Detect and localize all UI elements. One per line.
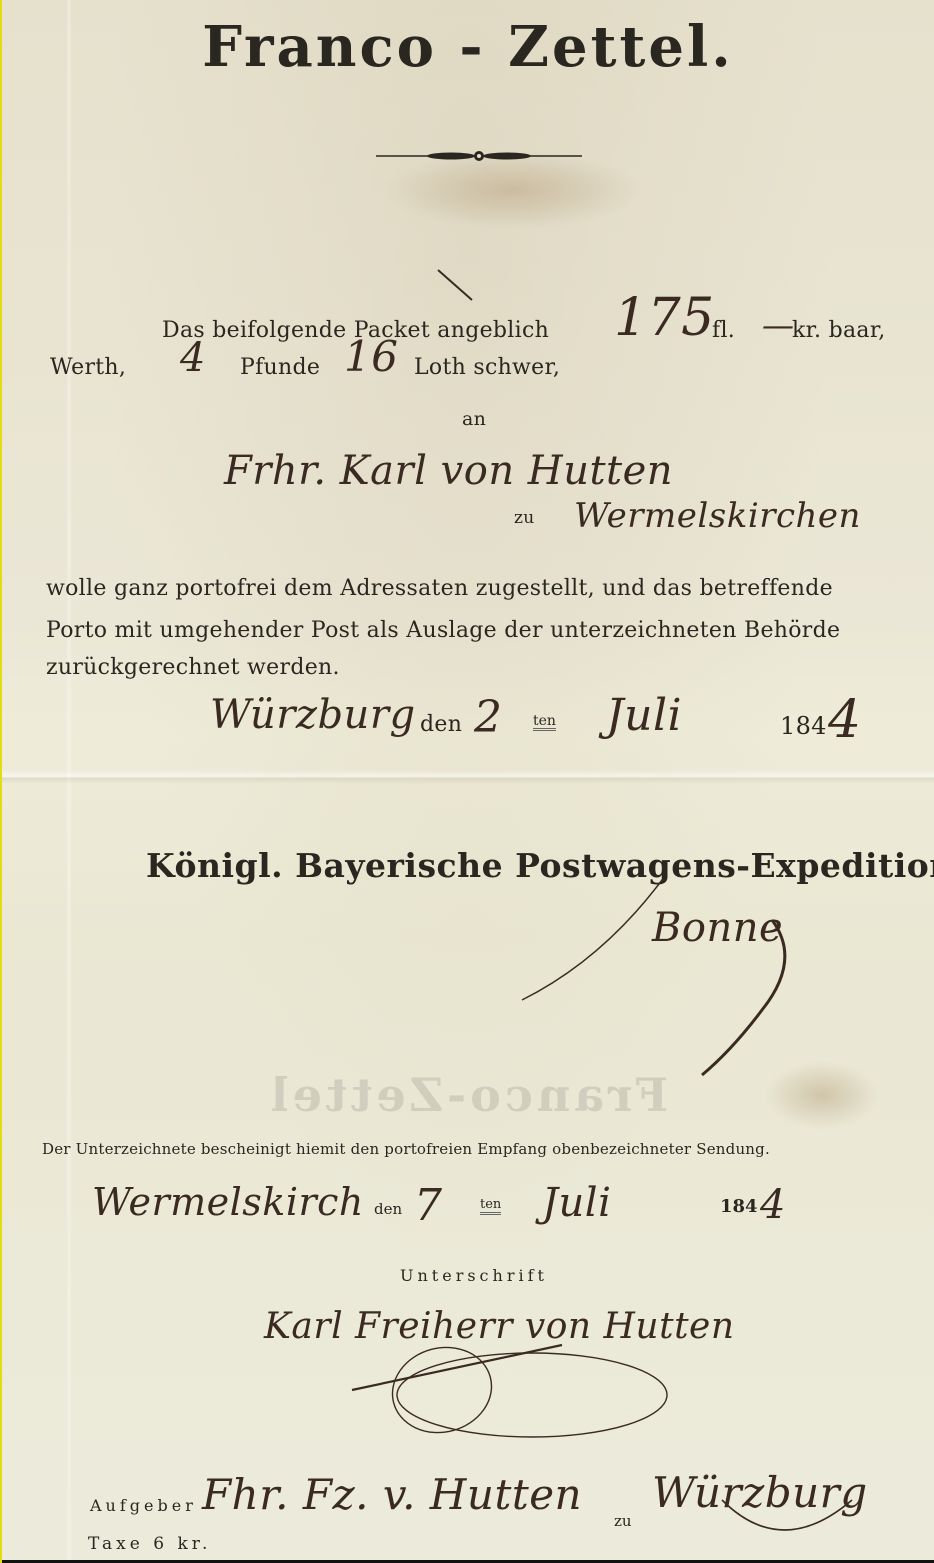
fee-label: Taxe [88,1534,144,1554]
loth-unit: Loth schwer, [414,355,560,380]
value-kreuzer-handwritten: — [762,306,795,344]
signature-label: Unterschrift [400,1266,548,1285]
fee-line: Taxe 6 kr. [88,1534,211,1554]
sender-at-label: zu [614,1512,632,1530]
weight-loth-handwritten: 16 [344,332,398,381]
receipt-year-printed: 184 [720,1196,758,1217]
dispatch-den-label: den [420,712,462,737]
sender-label: Aufgeber [90,1496,197,1515]
receipt-month-handwritten: Juli [542,1180,611,1226]
receipt-place-handwritten: Wermelskirch [92,1180,364,1224]
body-text-line: zurückgerechnet werden. [46,655,340,680]
ornament-divider-icon [376,150,582,162]
receipt-den-label: den [374,1200,402,1218]
paper-stain [382,150,642,230]
body-text-line: Porto mit umgehender Post als Auslage de… [46,618,840,643]
receipt-ten-label: ten [480,1198,501,1215]
dispatch-ten-label: ten [533,714,556,731]
recipient-handwritten: Frhr. Karl von Hutten [224,448,673,494]
fee-amount: 6 [153,1534,168,1554]
dispatch-year-printed: 184 [780,712,827,740]
paper-fold-horizontal [2,770,934,784]
kreuzer-unit: kr. baar, [792,318,886,343]
destination-handwritten: Wermelskirchen [574,496,861,536]
sender-place-handwritten: Würzburg [652,1468,868,1517]
receipt-statement: Der Unterzeichnete bescheinigt hiemit de… [42,1140,770,1158]
consignment-line2-prefix: Werth, [50,355,126,380]
weight-pounds-handwritten: 4 [180,335,206,381]
authority-heading: Königl. Bayerische Postwagens-Expedition… [146,846,934,885]
receipt-day-handwritten: 7 [414,1180,443,1231]
sender-name-handwritten: Fhr. Fz. v. Hutten [202,1470,582,1519]
dispatch-day-handwritten: 2 [474,692,503,743]
document-title: Franco - Zettel. [2,14,934,80]
dispatch-place-handwritten: Würzburg [210,692,416,738]
dispatch-month-handwritten: Juli [606,690,682,741]
bleed-through-text: Franco-Zettel [267,1068,668,1122]
recipient-signature-handwritten: Karl Freiherr von Hutten [264,1306,735,1347]
paper-stain [762,1060,882,1130]
dispatch-year-digit-handwritten: 4 [828,690,862,750]
body-text-line: wolle ganz portofrei dem Adressaten zuge… [46,576,833,601]
value-florins-handwritten: 175 [614,288,715,348]
at-label: zu [514,508,535,528]
receipt-year-digit-handwritten: 4 [760,1182,786,1228]
pounds-unit: Pfunde [240,355,320,380]
authority-signature: Bonne [652,905,783,951]
fee-unit: kr. [177,1534,211,1554]
to-label: an [462,408,486,430]
document-sheet: Franco - Zettel. Das beifolgende Packet … [0,0,934,1563]
florin-unit: fl. [712,318,735,343]
